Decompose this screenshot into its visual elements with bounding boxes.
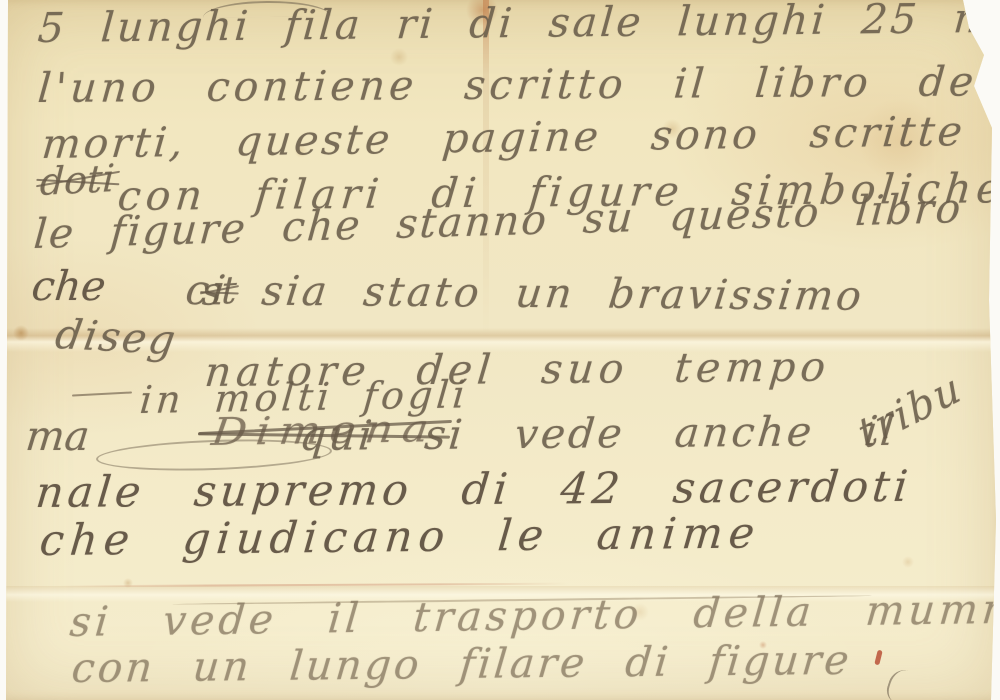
handwritten-line-7: diseg — [52, 310, 180, 364]
letter-page: 5 lunghi fila ri di sale lunghi 25 metri… — [0, 0, 1000, 700]
handwritten-line-11: nale supremo di 42 sacerdoti — [34, 462, 914, 518]
handwritten-line-6: ci sia stato un bravissimo — [183, 266, 867, 320]
handwritten-line-6-start: che — [29, 262, 108, 310]
pencil-dash — [72, 391, 132, 396]
handwritten-line-3: morti, queste pagine sono scritte — [40, 107, 967, 168]
handwritten-line-10: qui si vede anche il — [298, 407, 899, 460]
handwritten-line-10-start: ma — [23, 412, 91, 460]
red-ink-speck — [874, 650, 882, 666]
handwritten-word-rising: tribu — [851, 363, 968, 459]
handwritten-line-2: l'uno contiene scritto il libro dei — [36, 57, 996, 112]
crossed-out-word: doti — [39, 156, 116, 204]
handwritten-line-14: con un lungo filare di figure — [70, 636, 854, 692]
handwritten-line-12: che giudicano le anime — [38, 508, 763, 566]
handwritten-line-1: 5 lunghi fila ri di sale lunghi 25 metri — [36, 0, 1000, 52]
cutoff-stroke-bottom — [883, 666, 922, 700]
scan-surface: 5 lunghi fila ri di sale lunghi 25 metri… — [0, 0, 1000, 700]
